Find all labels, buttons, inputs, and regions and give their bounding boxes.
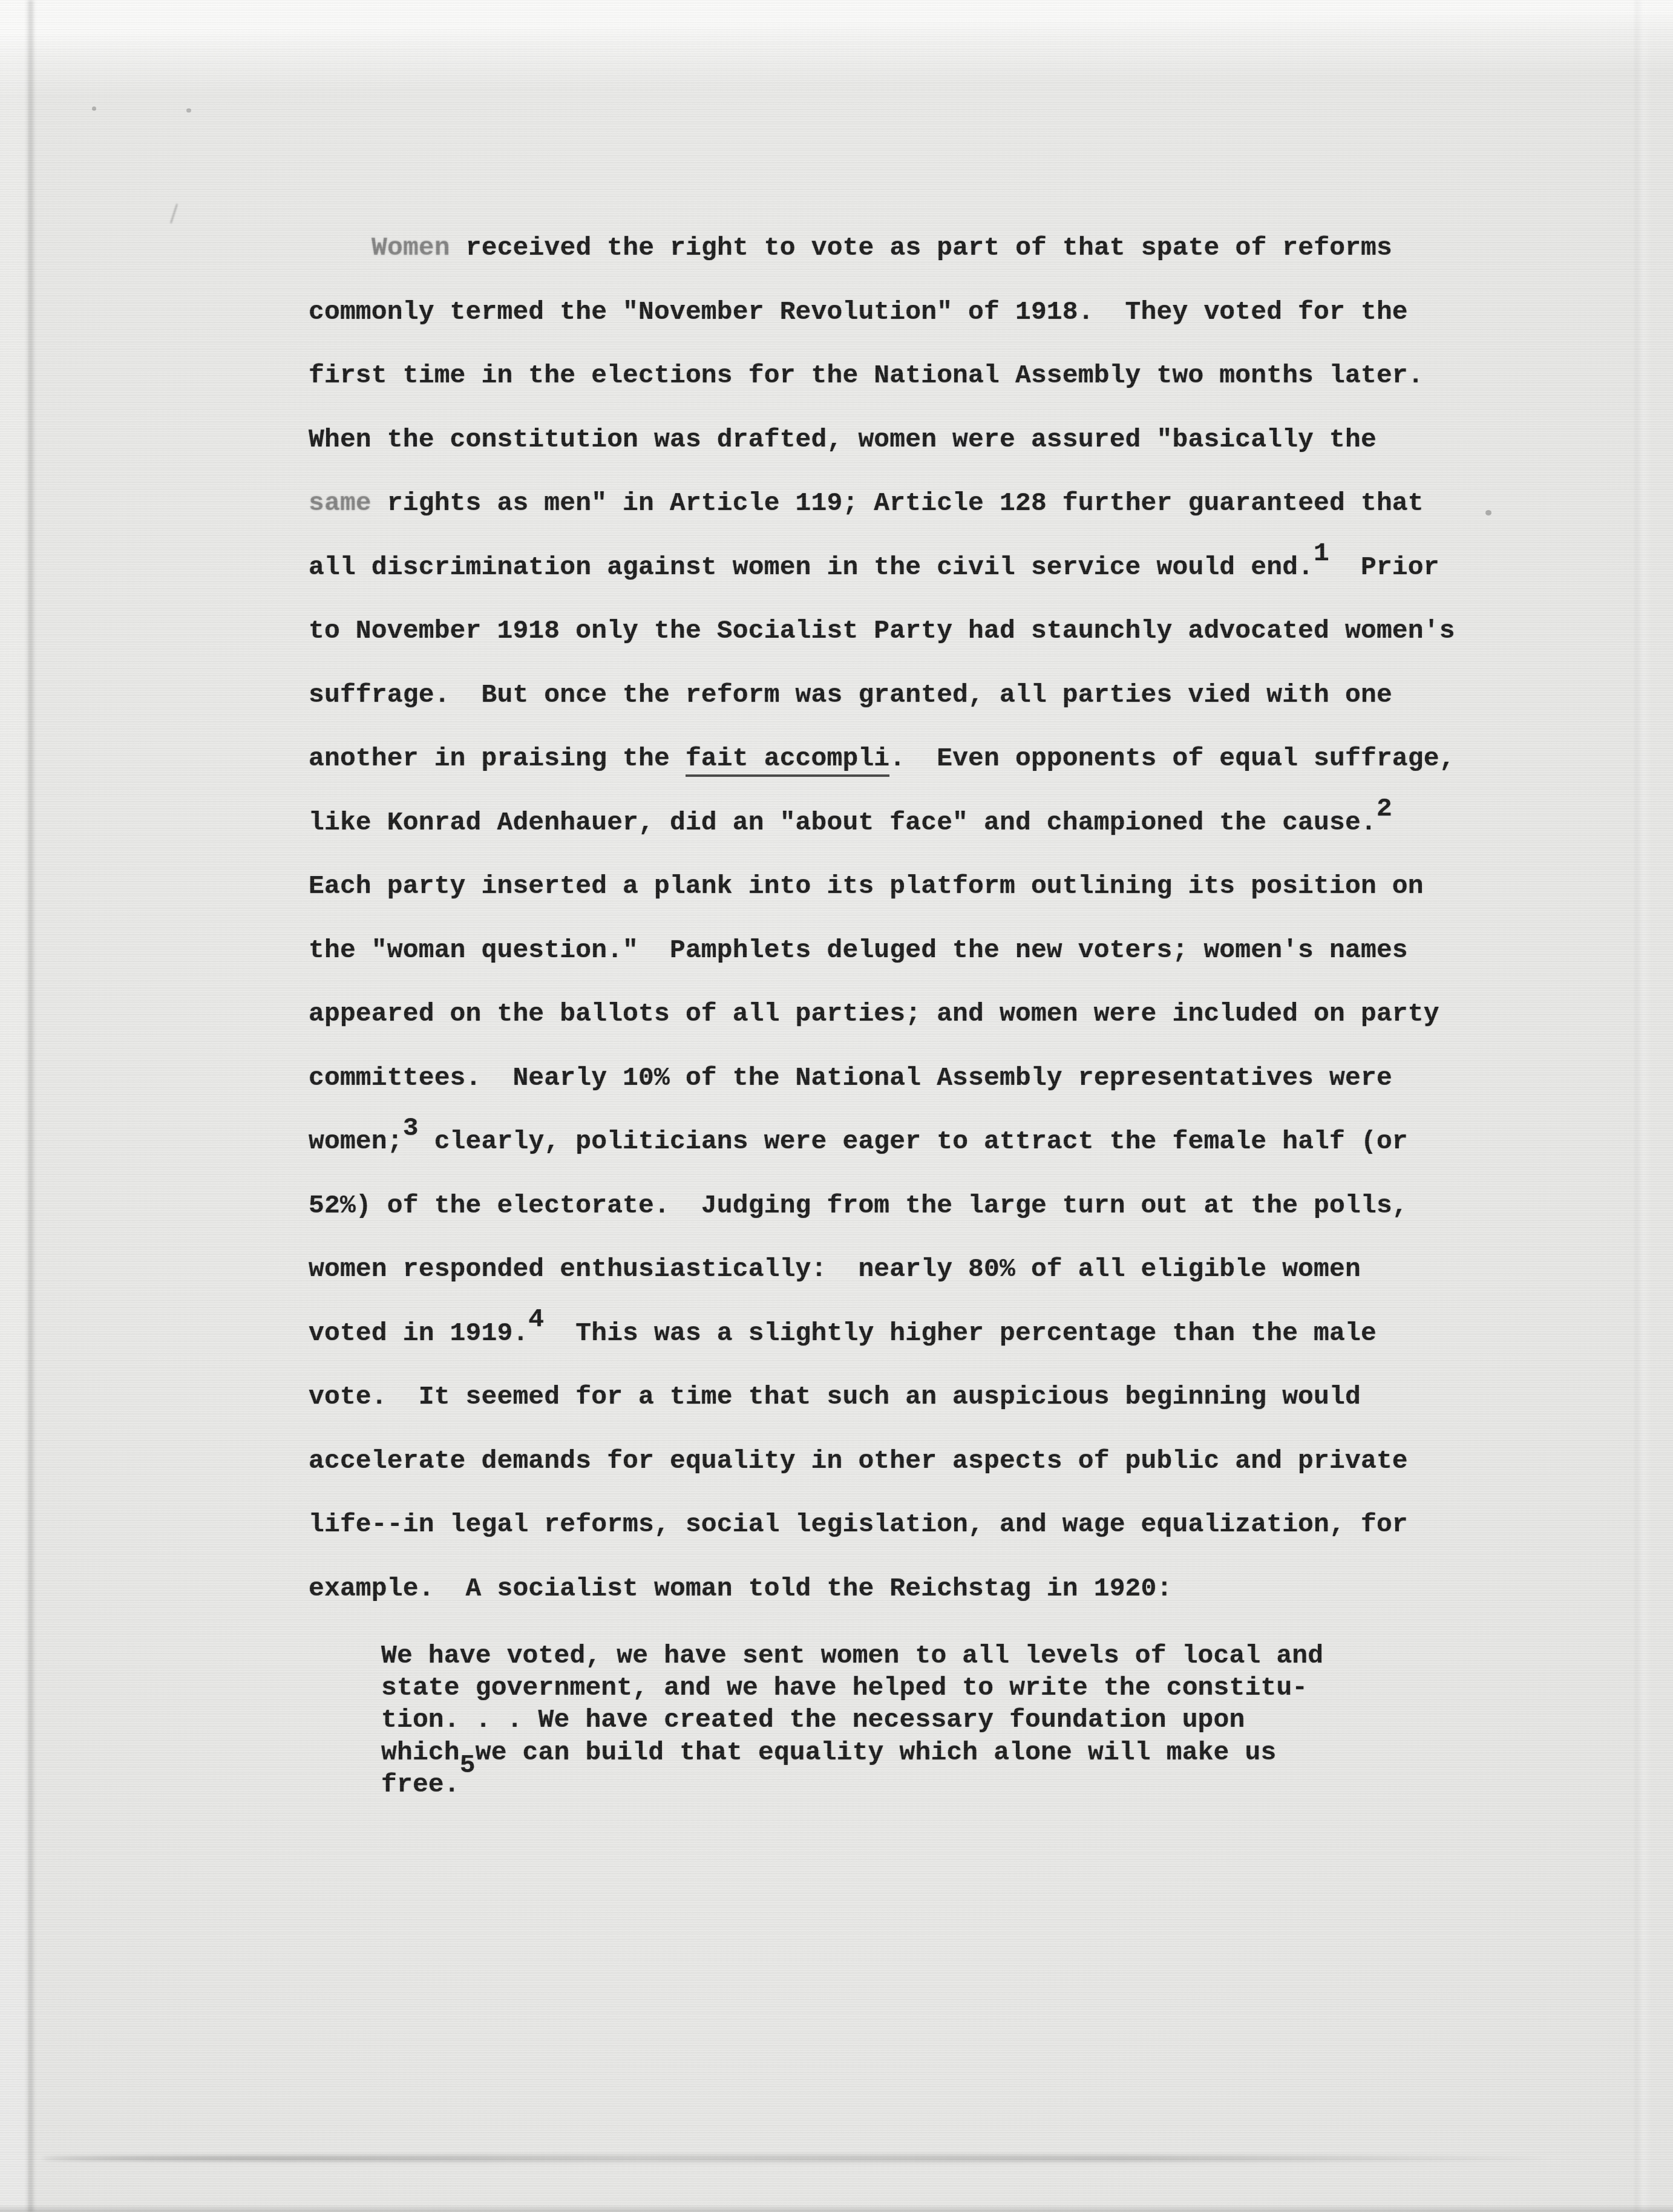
typewritten-body-paragraph: Women received the right to vote as part… [309, 233, 1455, 1637]
scan-bottom-strip [0, 2205, 1673, 2212]
text-segment: Prior [1329, 552, 1439, 582]
typed-line: free. [381, 1770, 1323, 1802]
text-segment: This was a slightly higher percentage th… [544, 1318, 1377, 1348]
text-segment: We have voted, we have sent women to all… [381, 1641, 1323, 1670]
page-right-edge-highlight [1635, 0, 1651, 2212]
text-segment: Each party inserted a plank into its pla… [309, 871, 1424, 901]
text-segment: another in praising the [309, 744, 686, 773]
footnote-marker: 5 [460, 1750, 476, 1780]
page-left-margin-bed [0, 0, 28, 2212]
text-segment: example. A socialist woman told the Reic… [309, 1574, 1172, 1603]
text-segment: suffrage. But once the reform was grante… [309, 680, 1392, 710]
text-segment: accelerate demands for equality in other… [309, 1446, 1408, 1476]
typed-line: appeared on the ballots of all parties; … [309, 999, 1455, 1063]
typed-line: Women received the right to vote as part… [309, 233, 1455, 297]
typed-line: example. A socialist woman told the Reic… [309, 1574, 1455, 1638]
footnote-marker: 3 [403, 1113, 419, 1143]
footnote-marker: 1 [1314, 538, 1329, 568]
text-segment: to November 1918 only the Socialist Part… [309, 616, 1455, 646]
typed-line: 52%) of the electorate. Judging from the… [309, 1191, 1455, 1255]
typed-line: first time in the elections for the Nati… [309, 361, 1455, 425]
scanner-bed-top-strip [0, 0, 1673, 103]
text-segment: like Konrad Adenhauer, did an "about fac… [309, 808, 1377, 837]
typed-line: all discrimination against women in the … [309, 552, 1455, 617]
footnote-marker: 2 [1377, 794, 1392, 823]
text-segment: Women [372, 233, 450, 263]
text-segment: appeared on the ballots of all parties; … [309, 999, 1439, 1029]
text-segment: committees. Nearly 10% of the National A… [309, 1063, 1392, 1093]
text-segment: commonly termed the "November Revolution… [309, 297, 1408, 327]
text-segment: clearly, politicians were eager to attra… [419, 1127, 1408, 1156]
page-bottom-edge-shadow [42, 2155, 1543, 2162]
text-segment: all discrimination against women in the … [309, 552, 1314, 582]
typed-line: state government, and we have helped to … [381, 1673, 1323, 1705]
text-segment: received the right to vote as part of th… [450, 233, 1392, 263]
text-segment: voted in 1919. [309, 1318, 528, 1348]
typed-line: voted in 1919.4 This was a slightly high… [309, 1318, 1455, 1382]
block-quote: We have voted, we have sent women to all… [381, 1641, 1323, 1802]
text-segment: free. [381, 1770, 460, 1799]
typed-line: same rights as men" in Article 119; Arti… [309, 488, 1455, 552]
typed-line: the "woman question." Pamphlets deluged … [309, 935, 1455, 1000]
text-segment: tion. . . We have created the necessary … [381, 1705, 1245, 1735]
text-segment: we can build that equality which alone w… [476, 1738, 1277, 1767]
dust-scratch [170, 203, 178, 223]
text-segment: When the constitution was drafted, women… [309, 425, 1377, 454]
text-segment: vote. It seemed for a time that such an … [309, 1382, 1361, 1412]
text-segment: women; [309, 1127, 403, 1156]
scanned-page: Women received the right to vote as part… [0, 0, 1673, 2212]
text-segment: the "woman question." Pamphlets deluged … [309, 935, 1408, 965]
typed-line: women responded enthusiastically: nearly… [309, 1254, 1455, 1318]
typed-line: tion. . . We have created the necessary … [381, 1705, 1323, 1737]
page-left-edge-shadow [25, 0, 35, 2212]
text-segment: which [381, 1738, 460, 1767]
text-segment: state government, and we have helped to … [381, 1673, 1308, 1703]
dust-speck [186, 108, 191, 113]
typed-line: women;3 clearly, politicians were eager … [309, 1127, 1455, 1191]
text-segment: first time in the elections for the Nati… [309, 361, 1424, 390]
text-segment: fait accompli [686, 744, 889, 777]
typed-line: another in praising the fait accompli. E… [309, 744, 1455, 808]
dust-speck [1485, 510, 1491, 515]
typed-line: When the constitution was drafted, women… [309, 425, 1455, 489]
text-segment: life--in legal reforms, social legislati… [309, 1510, 1408, 1539]
text-segment: rights as men" in Article 119; Article 1… [372, 488, 1424, 518]
text-segment: . Even opponents of equal suffrage, [889, 744, 1455, 773]
text-segment: 52%) of the electorate. Judging from the… [309, 1191, 1408, 1220]
footnote-marker: 4 [528, 1304, 544, 1334]
text-segment: same [309, 488, 372, 518]
typed-line: suffrage. But once the reform was grante… [309, 680, 1455, 744]
typed-line: vote. It seemed for a time that such an … [309, 1382, 1455, 1446]
typed-line: like Konrad Adenhauer, did an "about fac… [309, 808, 1455, 872]
typed-line: to November 1918 only the Socialist Part… [309, 616, 1455, 680]
dust-speck [92, 106, 96, 111]
typed-line: commonly termed the "November Revolution… [309, 297, 1455, 361]
typed-line: life--in legal reforms, social legislati… [309, 1510, 1455, 1574]
typed-line: We have voted, we have sent women to all… [381, 1641, 1323, 1673]
typed-line: committees. Nearly 10% of the National A… [309, 1063, 1455, 1127]
text-segment: women responded enthusiastically: nearly… [309, 1254, 1361, 1284]
typed-line: Each party inserted a plank into its pla… [309, 871, 1455, 935]
typed-line: which5we can build that equality which a… [381, 1738, 1323, 1770]
typed-line: accelerate demands for equality in other… [309, 1446, 1455, 1510]
